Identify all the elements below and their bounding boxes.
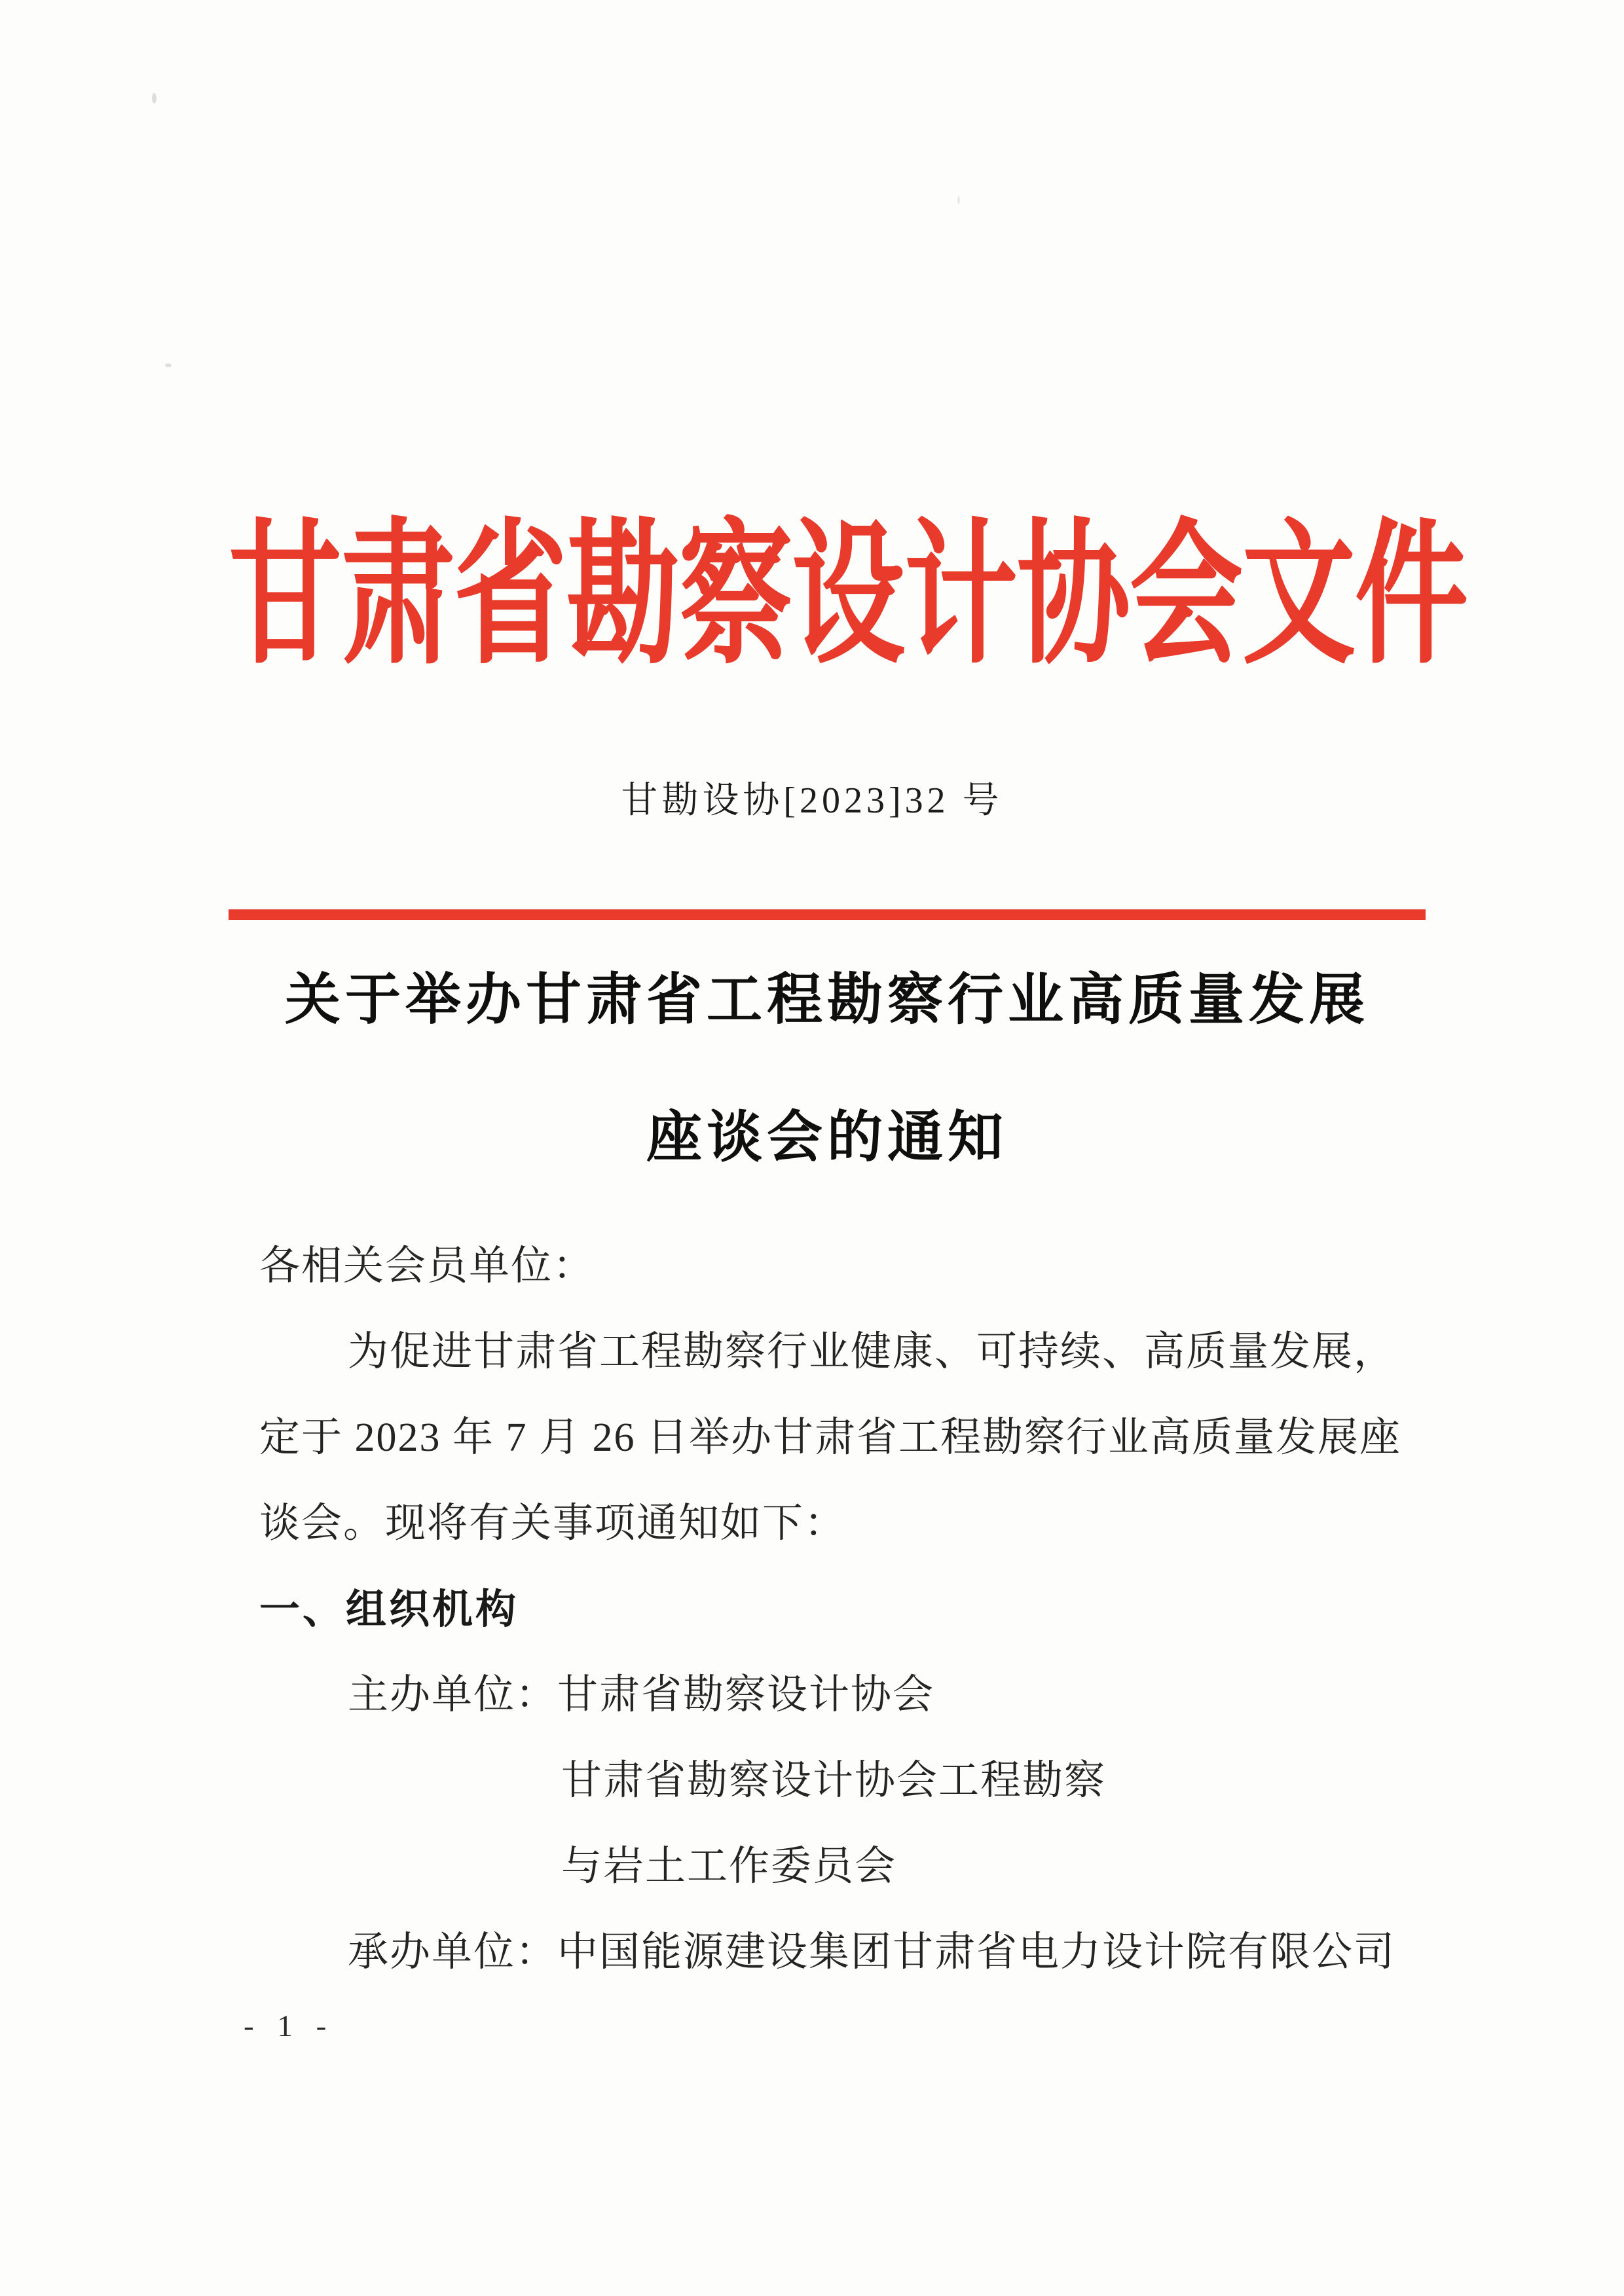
undertaker-line: 承办单位：中国能源建设集团甘肃省电力设计院有限公司 xyxy=(348,1910,1433,1995)
notice-title-line2: 座谈会的通知 xyxy=(229,1108,1426,1167)
paragraph-intro: 为促进甘肃省工程勘察行业健康、可持续、高质量发展， xyxy=(348,1309,1433,1395)
document-number: 甘勘设协[2023]32 号 xyxy=(0,780,1624,821)
host-organizer-continuation-1: 甘肃省勘察设计协会工程勘察 xyxy=(561,1738,1433,1824)
paragraph-date: 定于 2023 年 7 月 26 日举办甘肃省工程勘察行业高质量发展座 xyxy=(259,1395,1433,1481)
paragraph-notice-close: 谈会。现将有关事项通知如下： xyxy=(259,1481,1433,1567)
host-organizer-continuation-2: 与岩土工作委员会 xyxy=(561,1824,1433,1910)
notice-body: 各相关会员单位： 为促进甘肃省工程勘察行业健康、可持续、高质量发展， 定于 20… xyxy=(259,1224,1433,1995)
notice-title-line1: 关于举办甘肃省工程勘察行业高质量发展 xyxy=(229,971,1426,1030)
host-organizer-line: 主办单位：甘肃省勘察设计协会 xyxy=(348,1652,1433,1738)
salutation: 各相关会员单位： xyxy=(259,1224,1433,1309)
red-divider-line xyxy=(229,909,1426,920)
document-page: 甘肃省勘察设计协会文件 甘勘设协[2023]32 号 关于举办甘肃省工程勘察行业… xyxy=(0,0,1624,2296)
scan-speck xyxy=(152,93,157,103)
letterhead-title: 甘肃省勘察设计协会文件 xyxy=(229,519,1426,674)
page-number: - 1 - xyxy=(244,2009,334,2044)
scan-speck xyxy=(165,363,172,367)
section-heading-organization: 一、组织机构 xyxy=(259,1567,1433,1652)
scan-speck xyxy=(957,196,960,204)
